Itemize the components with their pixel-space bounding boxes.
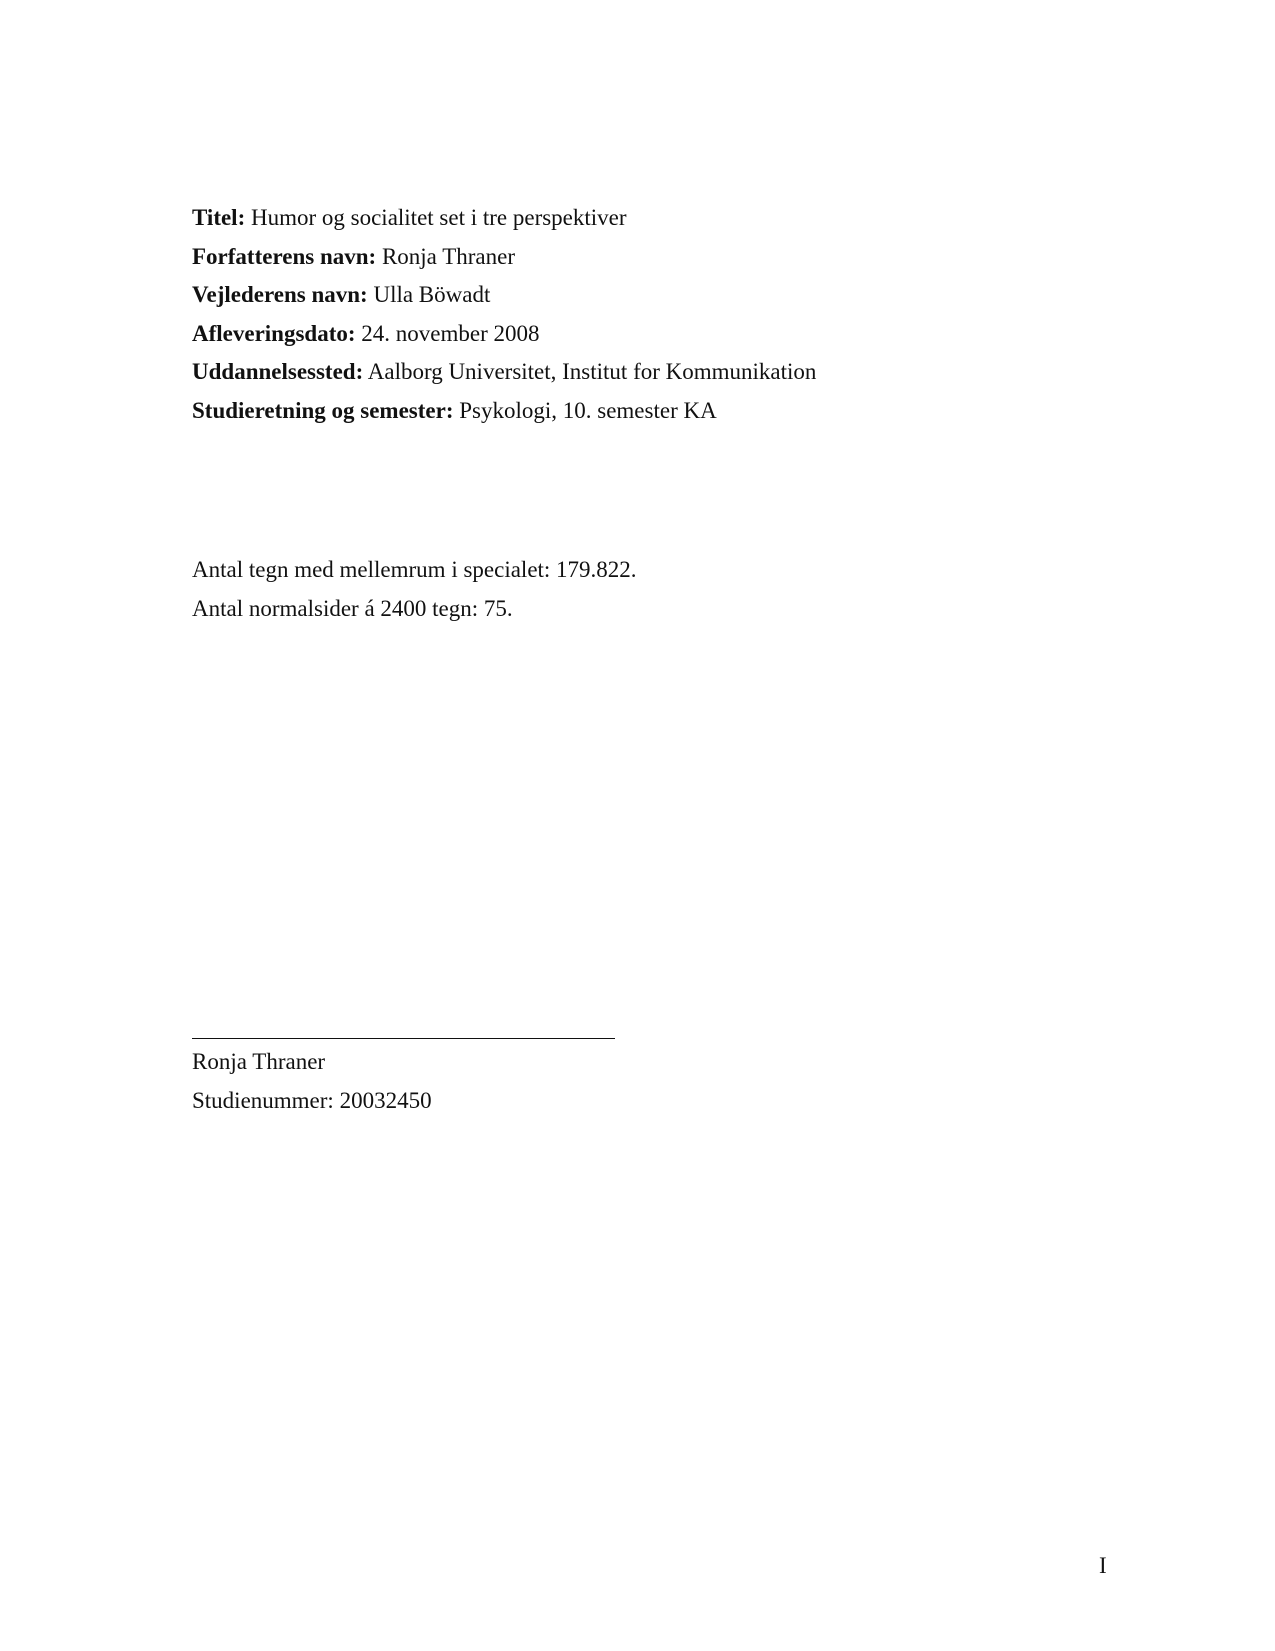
author-label: Forfatterens navn: [192,244,376,269]
character-counts: Antal tegn med mellemrum i specialet: 17… [192,551,637,628]
institution-label: Uddannelsessted: [192,359,363,384]
institution-line: Uddannelsessted: Aalborg Universitet, In… [192,353,816,392]
signature-name: Ronja Thraner [192,1043,615,1082]
normal-page-count: Antal normalsider á 2400 tegn: 75. [192,590,637,629]
thesis-metadata: Titel: Humor og socialitet set i tre per… [192,199,816,431]
study-program-line: Studieretning og semester: Psykologi, 10… [192,392,816,431]
author-line: Forfatterens navn: Ronja Thraner [192,238,816,277]
supervisor-value: Ulla Böwadt [373,282,490,307]
author-value: Ronja Thraner [382,244,515,269]
student-number: Studienummer: 20032450 [192,1082,615,1121]
document-page: Titel: Humor og socialitet set i tre per… [0,0,1275,1651]
title-label: Titel: [192,205,245,230]
supervisor-label: Vejlederens navn: [192,282,368,307]
institution-value: Aalborg Universitet, Institut for Kommun… [368,359,817,384]
character-count: Antal tegn med mellemrum i specialet: 17… [192,551,637,590]
submission-date-label: Afleveringsdato: [192,321,356,346]
signature-block: Ronja Thraner Studienummer: 20032450 [192,1024,615,1120]
study-program-label: Studieretning og semester: [192,398,453,423]
submission-date-value: 24. november 2008 [361,321,539,346]
title-value: Humor og socialitet set i tre perspektiv… [251,205,627,230]
page-number: I [1099,1552,1107,1580]
supervisor-line: Vejlederens navn: Ulla Böwadt [192,276,816,315]
study-program-value: Psykologi, 10. semester KA [459,398,716,423]
submission-date-line: Afleveringsdato: 24. november 2008 [192,315,816,354]
title-line: Titel: Humor og socialitet set i tre per… [192,199,816,238]
signature-line [192,1038,615,1039]
